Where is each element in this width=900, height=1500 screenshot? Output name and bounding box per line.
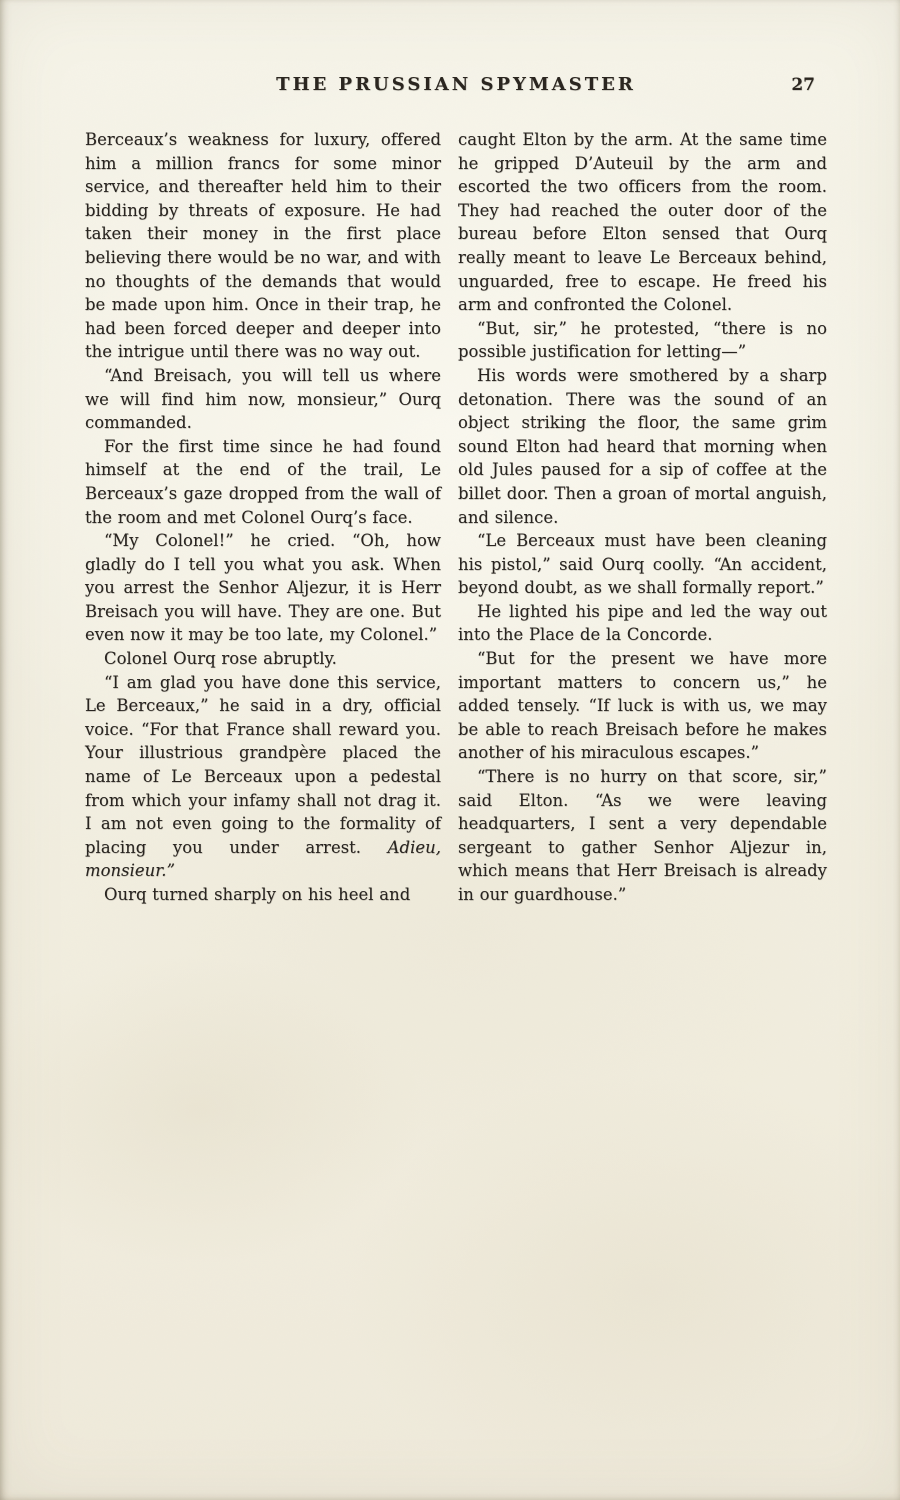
paragraph: Ourq turned sharply on his heel and (85, 883, 441, 907)
text-segment: “My Colonel!” he cried. “Oh, how gladly … (85, 531, 441, 644)
paragraph: His words were smothered by a sharp deto… (458, 364, 827, 529)
running-head: THE PRUSSIAN SPYMASTER 27 (85, 74, 827, 100)
book-page: THE PRUSSIAN SPYMASTER 27 Berceaux’s wea… (0, 0, 900, 1500)
paragraph: Berceaux’s weakness for luxury, offered … (85, 128, 441, 364)
text-segment: Colonel Ourq rose abruptly. (104, 649, 337, 668)
right-text-column: caught Elton by the arm. At the same tim… (458, 128, 827, 907)
paragraph: “But for the present we have more import… (458, 647, 827, 765)
text-segment: Berceaux’s weakness for luxury, offered … (85, 130, 441, 361)
text-segment: For the first time since he had found hi… (85, 437, 441, 527)
paragraph: “Le Berceaux must have been cleaning his… (458, 529, 827, 600)
text-segment: Ourq turned sharply on his heel and (104, 885, 410, 904)
text-segment: “Le Berceaux must have been cleaning his… (458, 531, 827, 597)
text-columns: Berceaux’s weakness for luxury, offered … (85, 128, 827, 907)
paragraph: He lighted his pipe and led the way out … (458, 600, 827, 647)
paragraph: For the first time since he had found hi… (85, 435, 441, 529)
text-segment: caught Elton by the arm. At the same tim… (458, 130, 827, 314)
page-title: THE PRUSSIAN SPYMASTER (85, 74, 827, 95)
paragraph: “I am glad you have done this service, L… (85, 671, 441, 883)
paragraph: “There is no hurry on that score, sir,” … (458, 765, 827, 907)
paragraph: “But, sir,” he protested, “there is no p… (458, 317, 827, 364)
text-segment: “And Breisach, you will tell us where we… (85, 366, 441, 432)
paragraph: “My Colonel!” he cried. “Oh, how gladly … (85, 529, 441, 647)
text-segment: He lighted his pipe and led the way out … (458, 602, 827, 645)
text-segment: “There is no hurry on that score, sir,” … (458, 767, 827, 904)
left-text-column: Berceaux’s weakness for luxury, offered … (85, 128, 441, 907)
paragraph: caught Elton by the arm. At the same tim… (458, 128, 827, 317)
paragraph: Colonel Ourq rose abruptly. (85, 647, 441, 671)
text-segment: “I am glad you have done this service, L… (85, 673, 441, 857)
text-segment: “But for the present we have more import… (458, 649, 827, 762)
page-number: 27 (791, 75, 815, 95)
paragraph: “And Breisach, you will tell us where we… (85, 364, 441, 435)
text-segment: “But, sir,” he protested, “there is no p… (458, 319, 827, 362)
text-segment: His words were smothered by a sharp deto… (458, 366, 827, 527)
